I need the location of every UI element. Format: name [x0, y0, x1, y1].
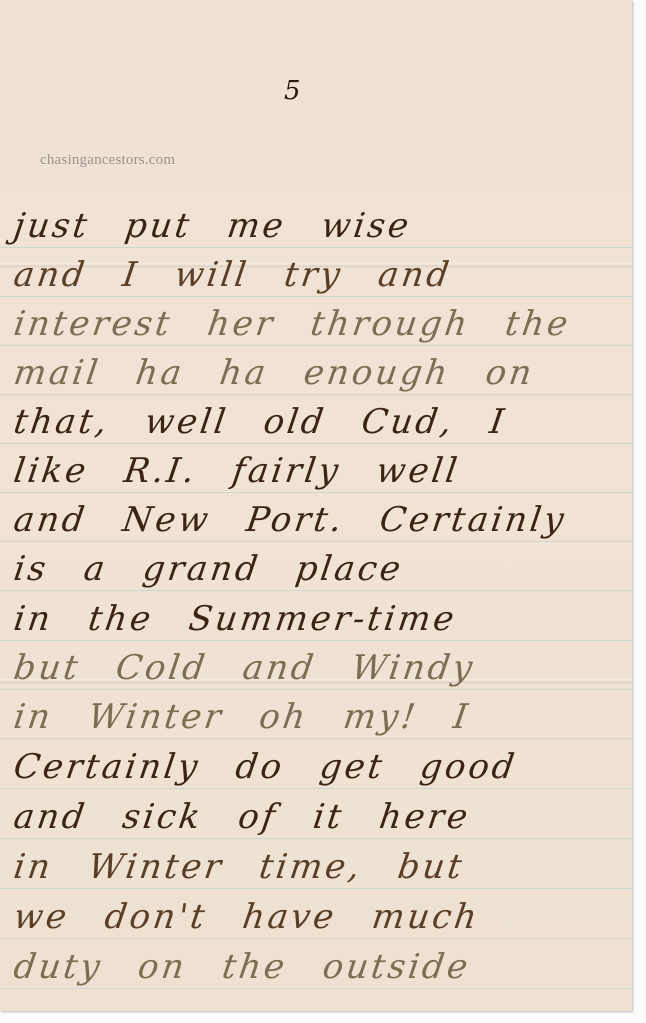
ruled-line — [0, 541, 632, 542]
handwritten-line: and I will try and — [11, 255, 617, 295]
ruled-line — [0, 838, 632, 839]
handwritten-line: and New Port. Certainly — [11, 500, 617, 540]
ruled-line — [0, 247, 632, 248]
ruled-line — [0, 443, 632, 444]
handwritten-line: is a grand place — [11, 549, 617, 589]
handwritten-line: duty on the outside — [11, 947, 617, 987]
handwritten-line: that, well old Cud, I — [11, 402, 617, 442]
handwritten-line: interest her through the — [11, 304, 617, 344]
handwritten-line: in the Summer-time — [11, 599, 617, 639]
ruled-line — [0, 938, 632, 939]
handwritten-line: and sick of it here — [11, 797, 617, 837]
watermark: chasingancestors.com — [40, 152, 175, 169]
page-number: 5 — [284, 76, 301, 106]
ruled-line — [0, 788, 632, 789]
ruled-line — [0, 590, 632, 591]
handwritten-line: we don't have much — [11, 897, 617, 937]
ruled-line — [0, 345, 632, 346]
ruled-line — [0, 492, 632, 493]
handwritten-line: mail ha ha enough on — [11, 353, 617, 393]
handwritten-line: in Winter time, but — [11, 847, 617, 887]
ruled-line — [0, 988, 632, 989]
handwritten-line: but Cold and Windy — [11, 648, 617, 688]
handwritten-line: just put me wise — [11, 206, 617, 246]
handwritten-line: in Winter oh my! I — [11, 697, 617, 737]
ruled-line — [0, 888, 632, 889]
ruled-line — [0, 689, 632, 690]
ruled-line — [0, 640, 632, 641]
handwritten-line: like R.I. fairly well — [11, 451, 617, 491]
handwritten-line: Certainly do get good — [11, 747, 617, 787]
ruled-line — [0, 738, 632, 739]
letter-page: 5 chasingancestors.com just put me wise … — [0, 0, 632, 1011]
ruled-line — [0, 394, 632, 395]
ruled-line — [0, 296, 632, 297]
